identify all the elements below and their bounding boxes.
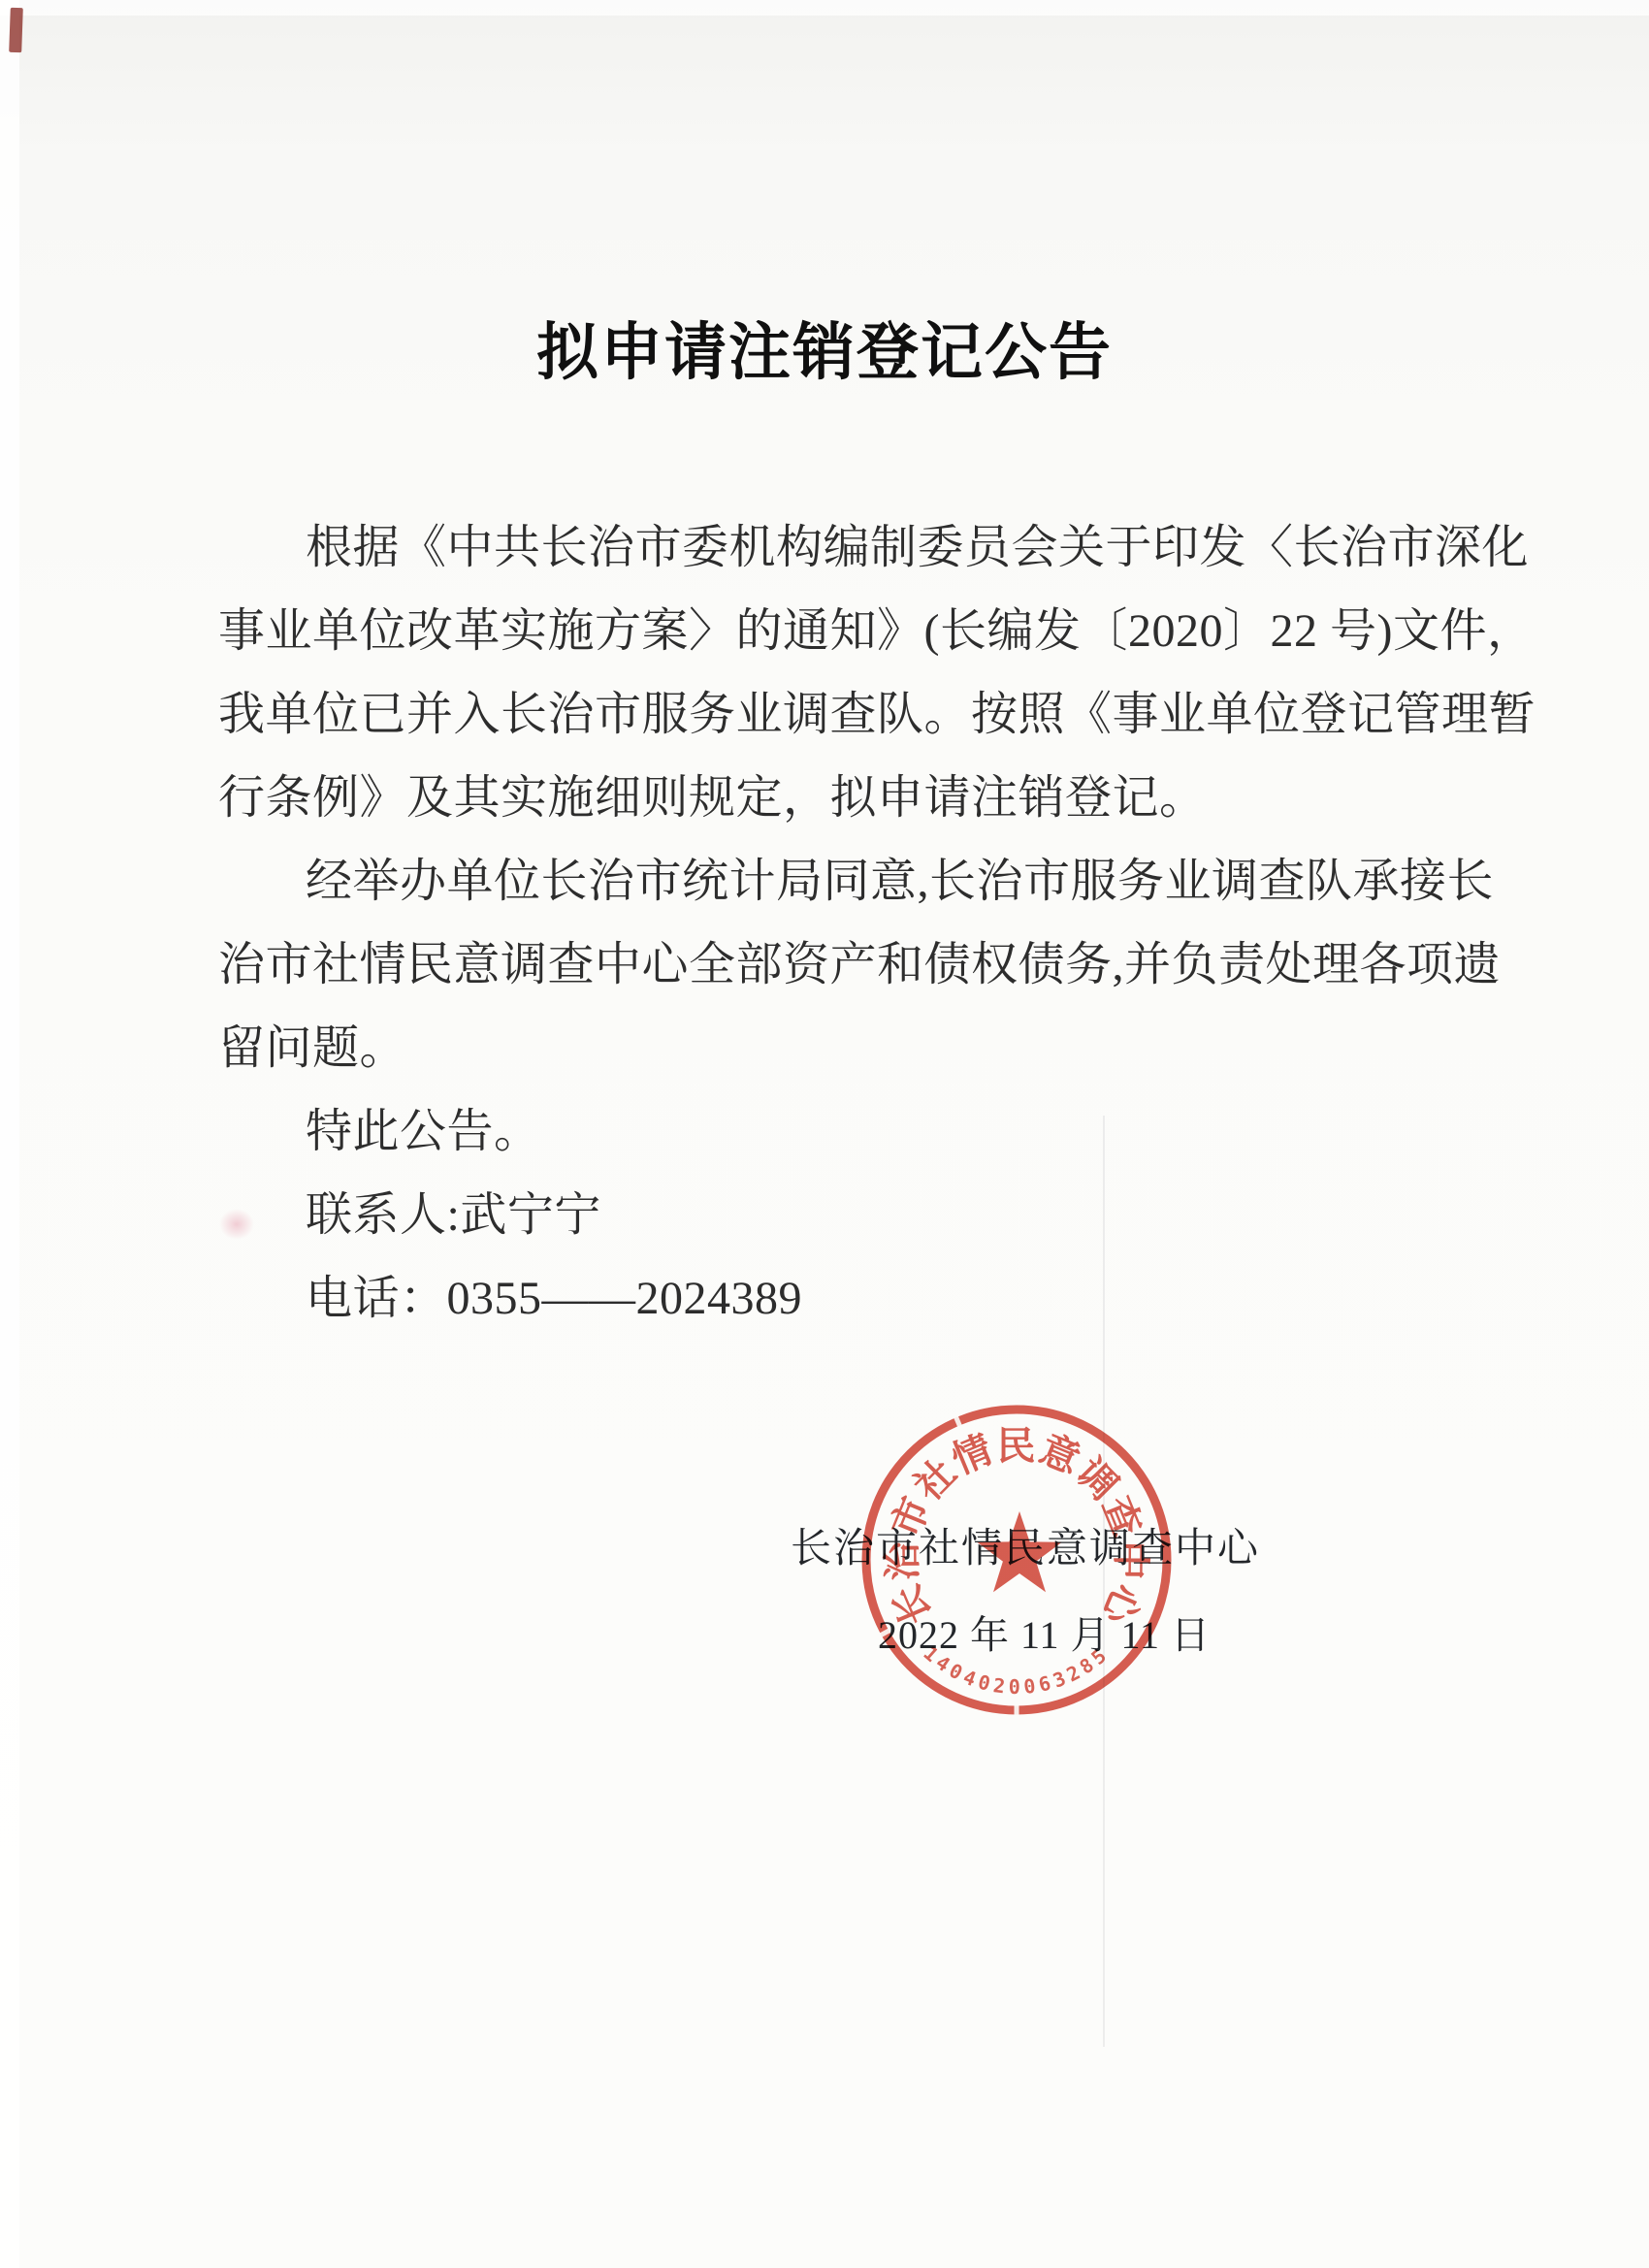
phone-line: 电话：0355——2024389 <box>218 1257 1470 1341</box>
paragraph2-line3: 留问题。 <box>218 1007 1470 1090</box>
seal-star-icon <box>977 1511 1061 1592</box>
page-title: 拟申请注销登记公告 <box>0 303 1649 392</box>
scan-edge-top <box>0 0 1649 16</box>
closing-statement: 特此公告。 <box>218 1090 1470 1174</box>
document-body: 根据《中共长治市委机构编制委员会关于印发〈长治市深化 事业单位改革实施方案〉的通… <box>218 506 1470 1341</box>
contact-person-line: 联系人:武宁宁 <box>218 1174 1470 1257</box>
paragraph1-line3: 我单位已并入长治市服务业调查队。按照《事业单位登记管理暂 <box>218 673 1470 757</box>
paragraph1-line4: 行条例》及其实施细则规定，拟申请注销登记。 <box>218 757 1470 840</box>
corner-ink-mark <box>9 8 23 52</box>
official-seal: 长治市社情民意调查中心 1404020063285 <box>852 1395 1181 1725</box>
scanned-document-page: 拟申请注销登记公告 根据《中共长治市委机构编制委员会关于印发〈长治市深化 事业单… <box>0 0 1649 2268</box>
paragraph2-line2: 治市社情民意调查中心全部资产和债权债务,并负责处理各项遗 <box>218 923 1470 1007</box>
paragraph2-line1: 经举办单位长治市统计局同意,长治市服务业调查队承接长 <box>218 840 1470 923</box>
paragraph1-line2: 事业单位改革实施方案〉的通知》(长编发〔2020〕22 号)文件， <box>218 590 1470 673</box>
paragraph1-line1: 根据《中共长治市委机构编制委员会关于印发〈长治市深化 <box>218 506 1470 590</box>
